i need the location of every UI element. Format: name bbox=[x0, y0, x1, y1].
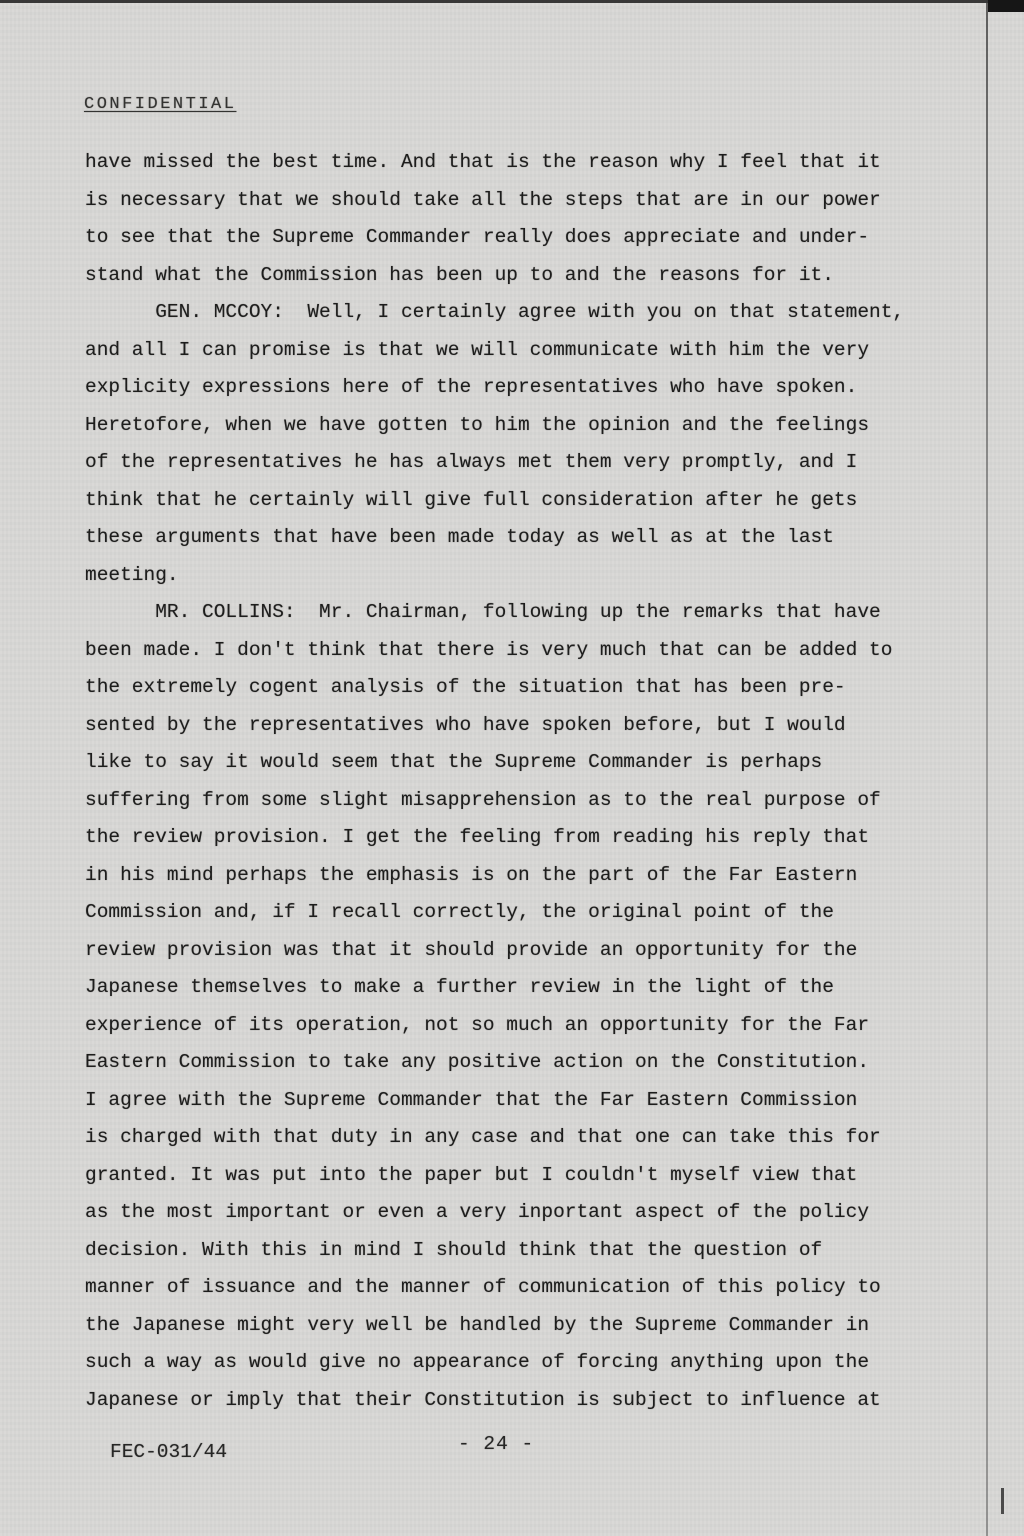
text-line: suffering from some slight misapprehensi… bbox=[85, 782, 945, 820]
text-line: the extremely cogent analysis of the sit… bbox=[85, 669, 945, 707]
text-line: is necessary that we should take all the… bbox=[85, 182, 945, 220]
text-line: sented by the representatives who have s… bbox=[85, 707, 945, 745]
text-line: have missed the best time. And that is t… bbox=[85, 144, 945, 182]
text-line: Japanese or imply that their Constitutio… bbox=[85, 1382, 945, 1420]
text-line: Japanese themselves to make a further re… bbox=[85, 969, 945, 1007]
text-line: is charged with that duty in any case an… bbox=[85, 1119, 945, 1157]
text-line: the review provision. I get the feeling … bbox=[85, 819, 945, 857]
text-line: GEN. MCCOY: Well, I certainly agree with… bbox=[85, 294, 945, 332]
page-number: - 24 - bbox=[458, 1433, 534, 1455]
text-line: manner of issuance and the manner of com… bbox=[85, 1269, 945, 1307]
text-line: review provision was that it should prov… bbox=[85, 932, 945, 970]
text-line: MR. COLLINS: Mr. Chairman, following up … bbox=[85, 594, 945, 632]
scan-top-edge bbox=[0, 0, 1024, 3]
text-line: and all I can promise is that we will co… bbox=[85, 332, 945, 370]
text-line: of the representatives he has always met… bbox=[85, 444, 945, 482]
scan-corner-mark bbox=[988, 0, 1024, 12]
text-line: Heretofore, when we have gotten to him t… bbox=[85, 407, 945, 445]
text-line: think that he certainly will give full c… bbox=[85, 482, 945, 520]
text-line: like to say it would seem that the Supre… bbox=[85, 744, 945, 782]
text-line: as the most important or even a very inp… bbox=[85, 1194, 945, 1232]
document-body: have missed the best time. And that is t… bbox=[85, 144, 945, 1419]
text-line: Commission and, if I recall correctly, t… bbox=[85, 894, 945, 932]
scan-edge-mark bbox=[1001, 1488, 1004, 1514]
text-line: to see that the Supreme Commander really… bbox=[85, 219, 945, 257]
text-line: granted. It was put into the paper but I… bbox=[85, 1157, 945, 1195]
text-line: been made. I don't think that there is v… bbox=[85, 632, 945, 670]
text-line: these arguments that have been made toda… bbox=[85, 519, 945, 557]
text-line: the Japanese might very well be handled … bbox=[85, 1307, 945, 1345]
classification-stamp: CONFIDENTIAL bbox=[84, 95, 236, 114]
text-line: in his mind perhaps the emphasis is on t… bbox=[85, 857, 945, 895]
text-line: decision. With this in mind I should thi… bbox=[85, 1232, 945, 1270]
text-line: meeting. bbox=[85, 557, 945, 595]
text-line: Eastern Commission to take any positive … bbox=[85, 1044, 945, 1082]
text-line: stand what the Commission has been up to… bbox=[85, 257, 945, 295]
text-line: I agree with the Supreme Commander that … bbox=[85, 1082, 945, 1120]
text-line: explicity expressions here of the repres… bbox=[85, 369, 945, 407]
page-fold-line bbox=[986, 0, 988, 1536]
text-line: such a way as would give no appearance o… bbox=[85, 1344, 945, 1382]
text-line: experience of its operation, not so much… bbox=[85, 1007, 945, 1045]
document-number: FEC-031/44 bbox=[110, 1441, 227, 1463]
